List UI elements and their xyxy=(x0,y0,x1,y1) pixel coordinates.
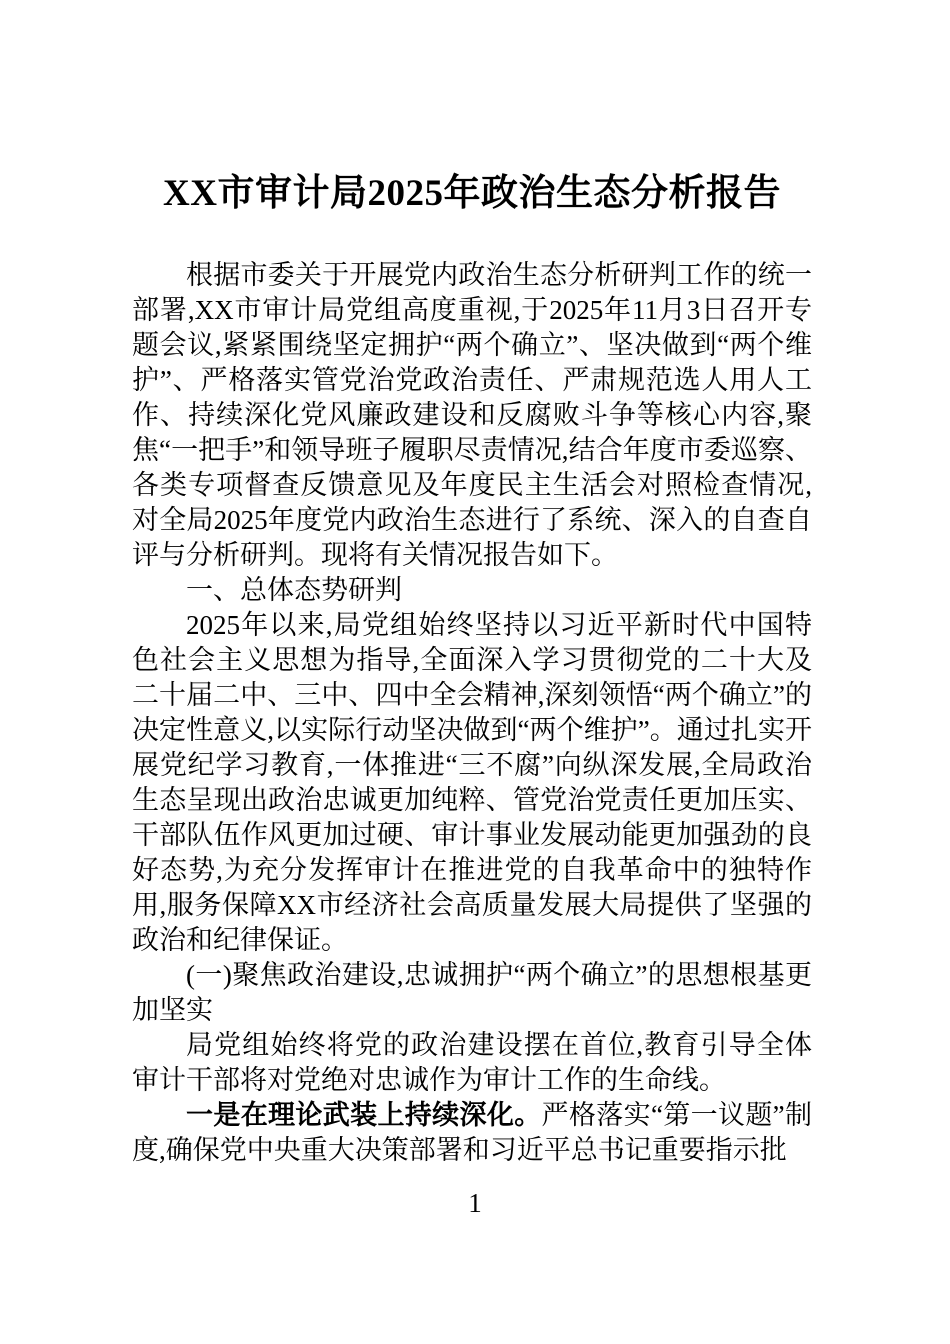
paragraph-intro: 根据市委关于开展党内政治生态分析研判工作的统一部署,XX市审计局党组高度重视,于… xyxy=(132,258,812,573)
paragraph-overall-assessment: 2025年以来,局党组始终坚持以习近平新时代中国特色社会主义思想为指导,全面深入… xyxy=(132,608,812,958)
subsection-heading-political-construction: (一)聚焦政治建设,忠诚拥护“两个确立”的思想根基更加坚实 xyxy=(132,958,812,1028)
page-number: 1 xyxy=(0,1186,950,1221)
paragraph-theory-arming: 一是在理论武装上持续深化。严格落实“第一议题”制度,确保党中央重大决策部署和习近… xyxy=(132,1098,812,1168)
document-page: XX市审计局2025年政治生态分析报告 根据市委关于开展党内政治生态分析研判工作… xyxy=(0,0,950,1344)
paragraph-theory-arming-bold-lead: 一是在理论武装上持续深化。 xyxy=(186,1100,542,1130)
document-title: XX市审计局2025年政治生态分析报告 xyxy=(132,170,812,218)
paragraph-political-construction: 局党组始终将党的政治建设摆在首位,教育引导全体审计干部将对党绝对忠诚作为审计工作… xyxy=(132,1028,812,1098)
section-heading-overall-assessment: 一、总体态势研判 xyxy=(132,573,812,608)
document-body: XX市审计局2025年政治生态分析报告 根据市委关于开展党内政治生态分析研判工作… xyxy=(132,170,812,1168)
